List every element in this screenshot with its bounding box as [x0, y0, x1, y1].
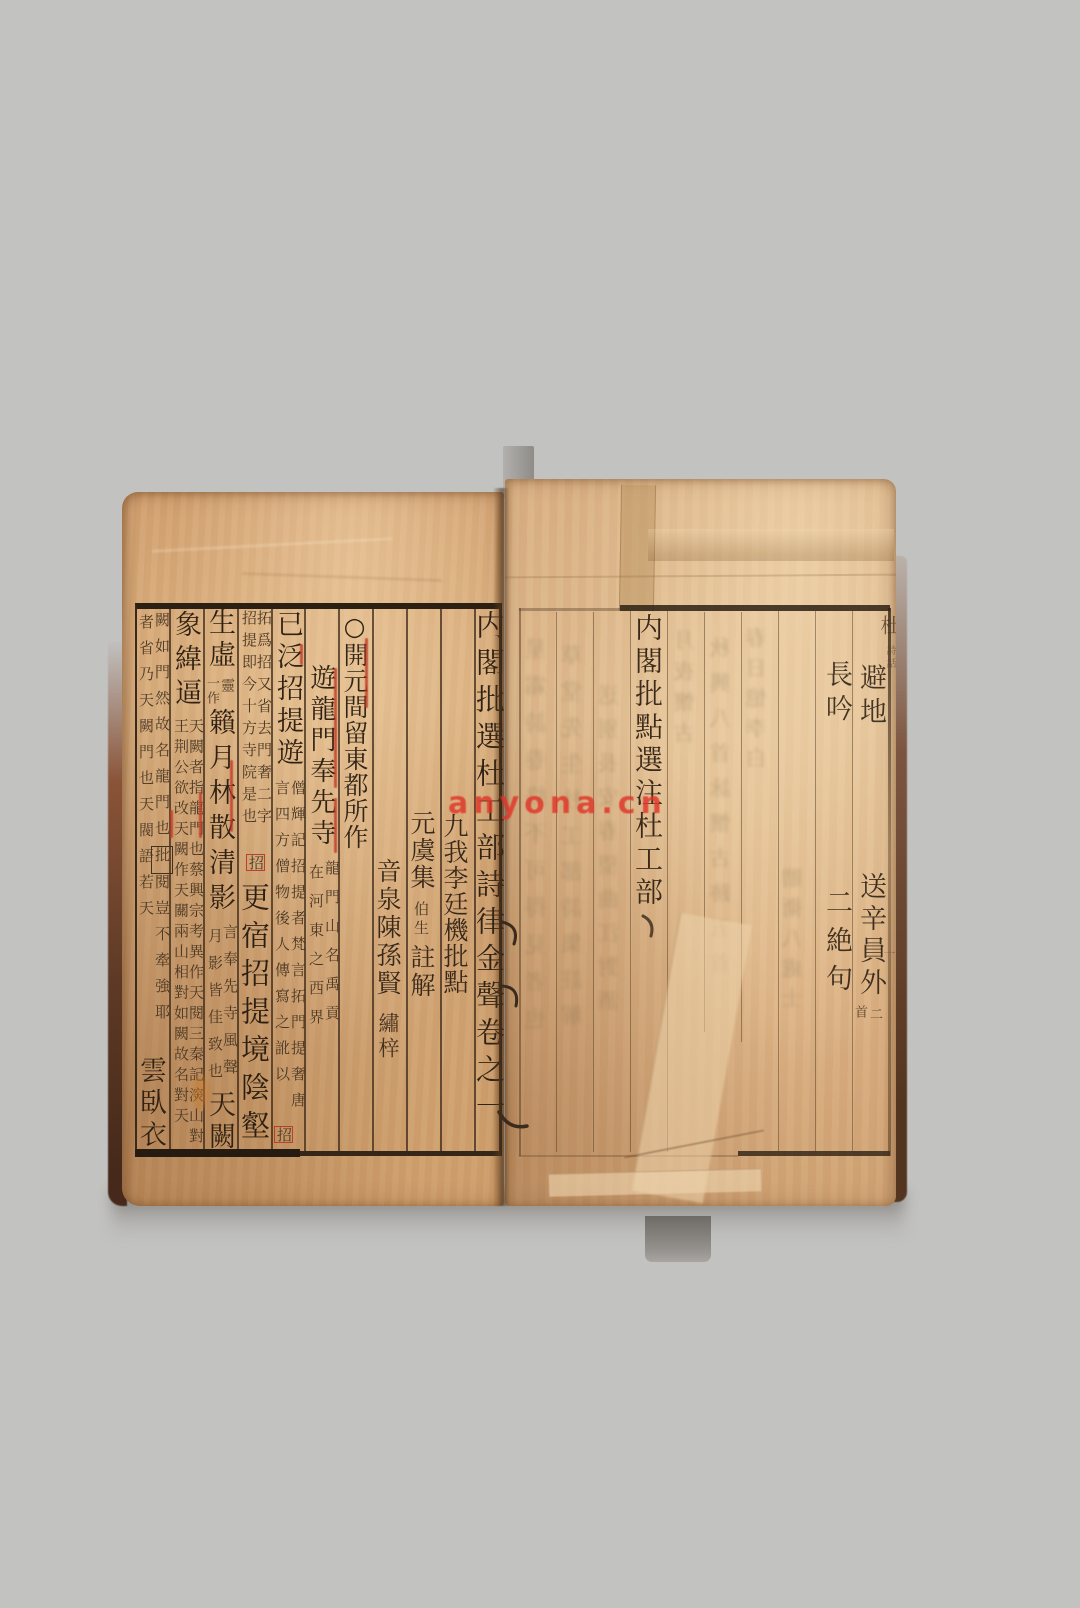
orange-smudge: [192, 1076, 209, 1109]
toc-entry-changyin: 長吟: [823, 660, 850, 750]
frame-top-faint: [519, 608, 620, 611]
toc-entry-note-right: 二: [868, 1007, 881, 1027]
tail-title: 内閣批點選注杜工部: [633, 613, 661, 913]
critic-line: 九我李廷機批點: [442, 813, 467, 1153]
tail-title-end-mark: [639, 913, 661, 939]
section-note: ○開元間留東都所作: [342, 612, 367, 852]
column-rule: [815, 610, 816, 1152]
commentary-5-part2: 閱豈不牽強耶: [153, 874, 171, 1030]
column-rule: [852, 610, 853, 1152]
annotator-name: 元虞集: [409, 810, 434, 900]
commentary-5-left: 者省乃天闕門也天閥語若天: [136, 614, 153, 944]
printer-name: 音泉陳孫賢: [375, 858, 400, 1008]
paper-crease: [242, 573, 442, 582]
red-emphasis-mark: [199, 792, 202, 838]
ghost-text: 星霜詩卷終不可得見者也: [527, 637, 549, 1137]
commentary-2-left: 招提即今十方寺院是也: [239, 610, 256, 850]
ghost-text: 草堂先生杜工部詩集註解: [563, 644, 585, 1124]
red-boxed-char: 招: [246, 854, 265, 871]
poem-line-1: 已泛招提遊: [274, 610, 301, 775]
repair-strip-bottom: [549, 1168, 762, 1197]
paper-crease: [152, 538, 392, 553]
red-emphasis-mark: [230, 760, 233, 832]
right-page: 星霜詩卷終不可得見者也 草堂先生杜工部詩集註解 送别長安春望曲江對酒 月夜懷古 …: [505, 479, 896, 1206]
poem-line-2: 更宿招提境陰壑: [239, 882, 268, 1152]
poem-line-3b: 籟月林散清影: [206, 708, 233, 923]
poem-line-4: 天闕: [206, 1090, 233, 1158]
commentary-1-left: 言四方僧物後人傳寫之訛以: [272, 780, 289, 1098]
book-stand-foot: [645, 1216, 711, 1262]
red-emphasis-mark: [170, 810, 173, 838]
fore-edge-small-chars: 詩話: [884, 645, 894, 693]
gutter-ink-hook: [496, 1108, 530, 1136]
ghost-text: 月夜懷古: [675, 629, 696, 779]
annotator-style-name: 伯生: [413, 901, 428, 943]
toc-entry-note-left: 首: [853, 1005, 866, 1025]
crease-line: [505, 574, 896, 579]
column-rule: [778, 610, 779, 1152]
red-emphasis-mark: [334, 798, 337, 853]
gutter-shadow: [493, 488, 509, 1206]
toc-entry-songxin: 送辛員外: [857, 872, 884, 1007]
ghost-text: 春日憶李白: [747, 627, 768, 797]
commentary-4-left: 王荆公欲改天闕作天關兩山相對如闕故名對天: [171, 718, 188, 1156]
column-rule: [556, 612, 557, 1152]
frame-left-faint: [519, 608, 521, 1156]
printer-role: 繡梓: [377, 1012, 398, 1072]
toc-entry-jueju: 二絶句: [823, 888, 850, 1008]
gutter-ink-hook: [497, 980, 527, 1010]
commentary-3-left: 月影皆佳致也: [205, 928, 222, 1096]
frame-bottom-dark: [738, 1151, 890, 1156]
column-rule: [593, 612, 594, 1152]
gutter-ink-hook: [498, 918, 528, 948]
red-emphasis-mark: [365, 638, 368, 708]
red-emphasis-mark: [334, 668, 337, 788]
red-boxed-char: 招: [274, 1126, 293, 1143]
poem-title: 遊龍門奉先寺: [308, 664, 334, 854]
red-emphasis-mark: [300, 644, 303, 665]
crease-band: [648, 529, 894, 561]
poem-line-3a: 生虛: [206, 608, 233, 674]
commentary-5-part1: 闕如門然故名龍門也: [153, 612, 171, 846]
ghost-text: 送别長安春望曲江對酒: [599, 684, 620, 1084]
poem-line-5: 象緯逼: [172, 610, 199, 715]
frame-top-dark: [620, 605, 890, 611]
watermark: anyona.cn: [448, 786, 667, 821]
fore-edge-mark: 一: [883, 947, 895, 963]
ghost-text: 贈衛八處士: [783, 867, 804, 1037]
toc-entry-bidi: 避地: [857, 663, 884, 743]
variant-note-right: 靈: [220, 678, 234, 698]
poem-title-note-left: 在河東之西界: [306, 864, 323, 1044]
fore-edge-running-title: 杜: [879, 615, 896, 641]
annotator-role: 註解: [409, 944, 434, 1024]
poem-line-6: 雲臥衣: [137, 1056, 164, 1156]
left-page: 内閣批選杜工部詩律金聲卷之一 九我李廷機批點 元虞集 伯生 註解 音泉陳孫賢 繡…: [122, 492, 504, 1206]
